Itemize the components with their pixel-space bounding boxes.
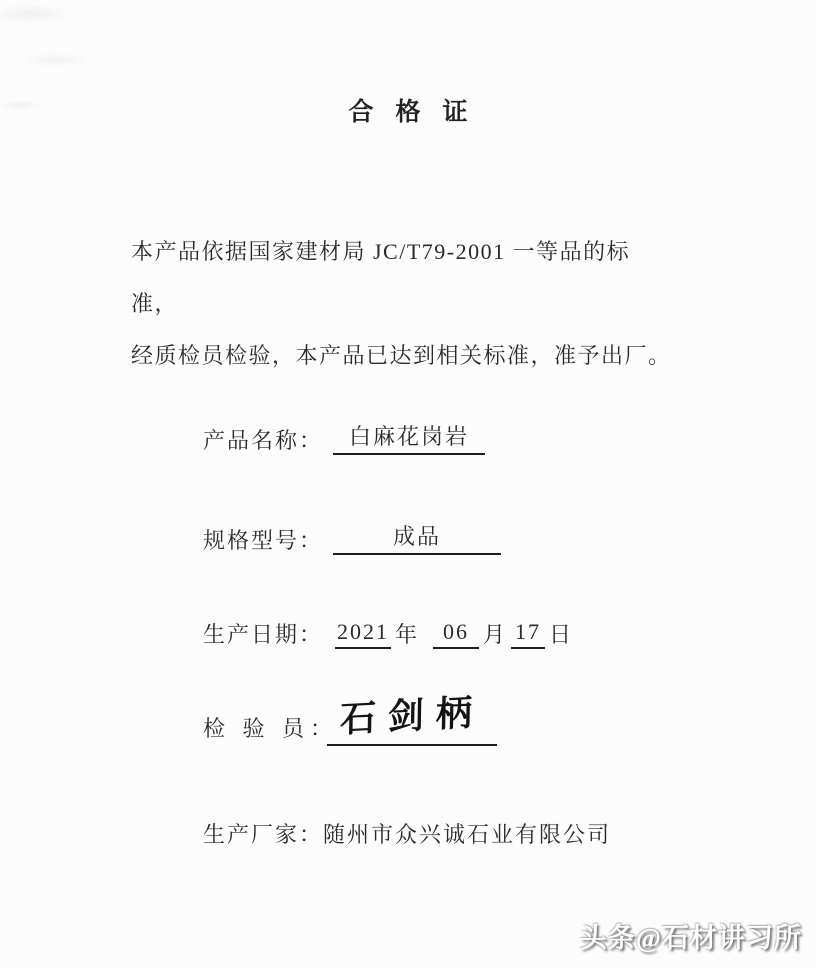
production-date-year-unit: 年 bbox=[395, 622, 419, 647]
production-date-year: 2021 bbox=[335, 619, 391, 649]
production-date-label: 生产日期： bbox=[203, 622, 323, 647]
field-production-date: 生产日期：2021年06月17日 bbox=[203, 618, 573, 649]
product-name-value: 白麻花岗岩 bbox=[333, 420, 485, 455]
inspector-signature: 石剑柄 bbox=[340, 684, 485, 743]
field-inspector: 检 验 员： bbox=[203, 712, 338, 743]
field-spec-model: 规格型号：成品 bbox=[203, 520, 501, 555]
production-date-day: 17 bbox=[511, 619, 545, 649]
certificate-statement: 本产品依据国家建材局 JC/T79-2001 一等品的标准， 经质检员检验，本产… bbox=[131, 226, 676, 382]
production-date-day-unit: 日 bbox=[549, 622, 573, 647]
product-name-label: 产品名称： bbox=[203, 428, 323, 453]
statement-line-2: 经质检员检验，本产品已达到相关标准，准予出厂。 bbox=[131, 330, 676, 382]
spec-model-label: 规格型号： bbox=[203, 528, 323, 553]
inspector-signature-line: 石剑柄 bbox=[327, 688, 497, 746]
manufacturer-value: 随州市众兴诚石业有限公司 bbox=[323, 822, 611, 847]
statement-line-1: 本产品依据国家建材局 JC/T79-2001 一等品的标准， bbox=[131, 226, 676, 330]
field-product-name: 产品名称：白麻花岗岩 bbox=[203, 420, 485, 455]
production-date-month: 06 bbox=[433, 619, 479, 649]
certificate-page: 合格证 本产品依据国家建材局 JC/T79-2001 一等品的标准， 经质检员检… bbox=[0, 0, 816, 968]
field-manufacturer: 生产厂家：随州市众兴诚石业有限公司 bbox=[203, 818, 611, 849]
spec-model-value: 成品 bbox=[333, 520, 501, 555]
inspector-label: 检 验 员： bbox=[203, 716, 338, 741]
toutiao-watermark: 头条@石材讲习所 bbox=[580, 916, 802, 955]
certificate-title: 合格证 bbox=[0, 92, 816, 128]
production-date-month-unit: 月 bbox=[483, 622, 507, 647]
manufacturer-label: 生产厂家： bbox=[203, 822, 323, 847]
